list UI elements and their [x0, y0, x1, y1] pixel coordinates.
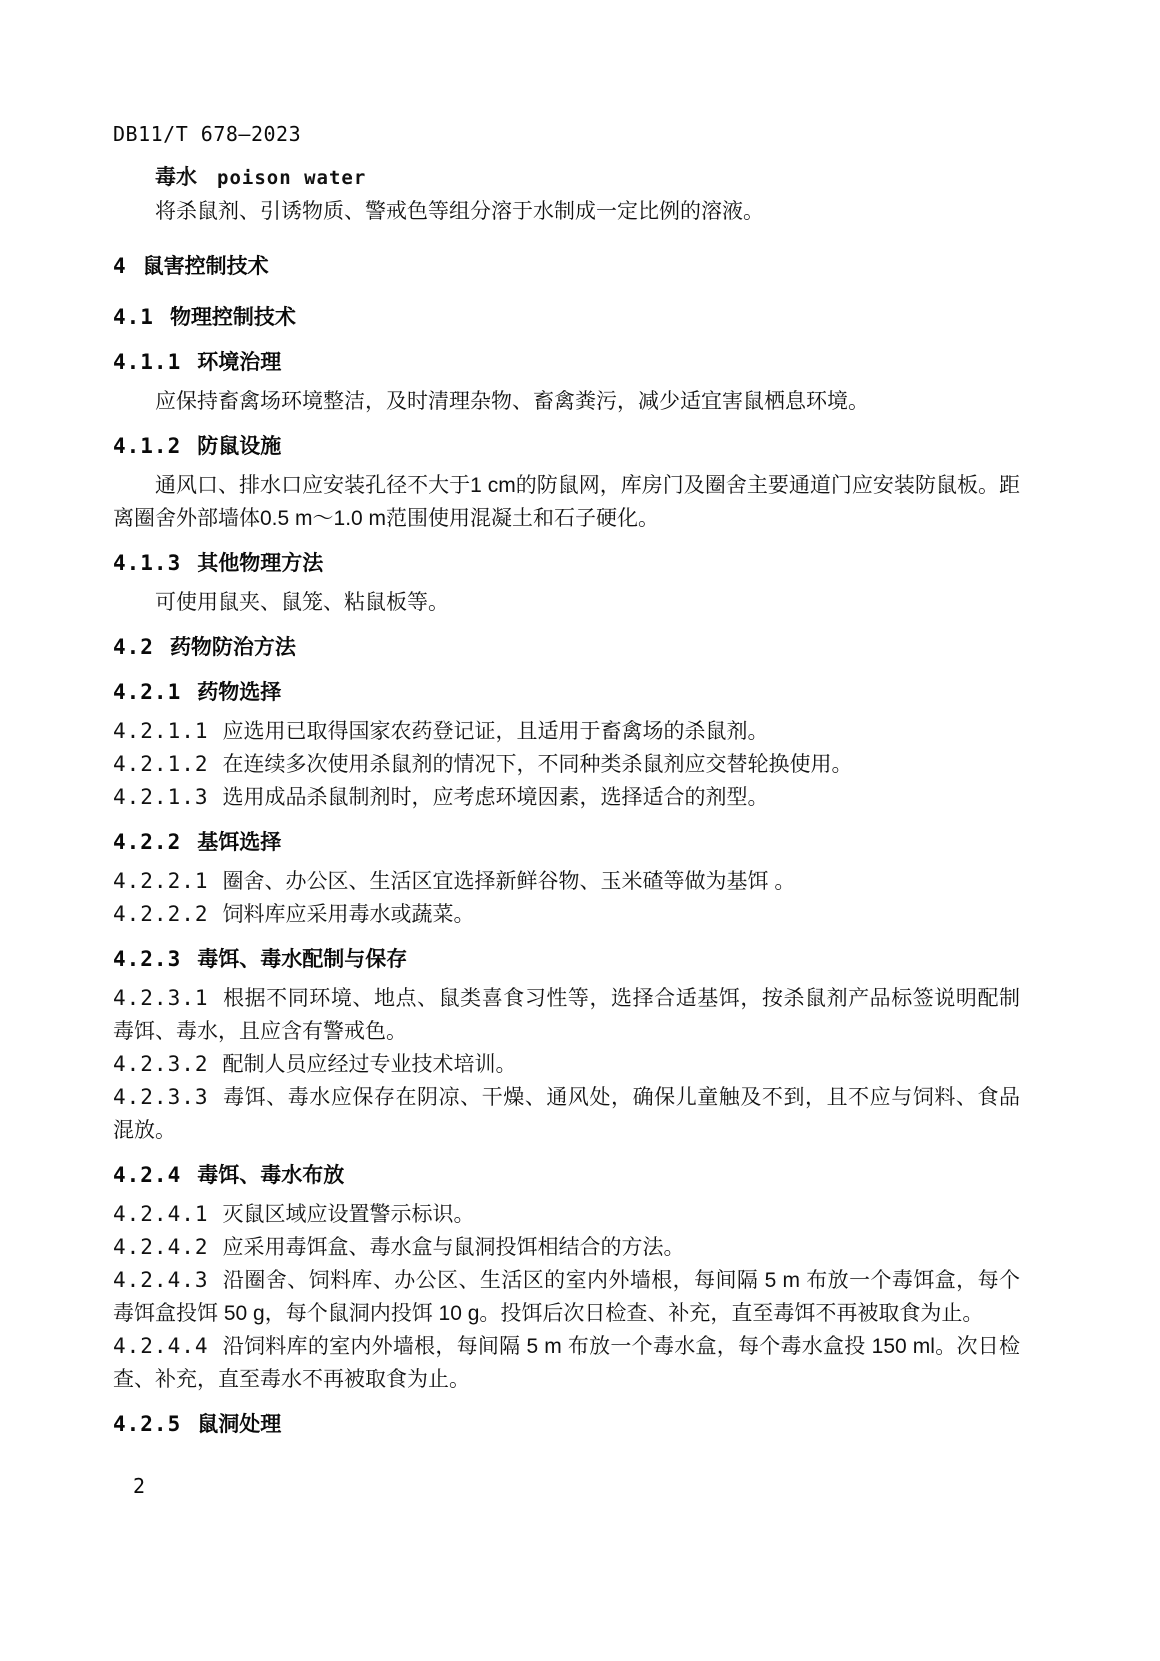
clause-4-2-3-3: 4.2.3.3毒饵、毒水应保存在阴凉、干燥、通风处，确保儿童触及不到，且不应与饲…	[113, 1081, 1020, 1147]
clause-text: 圈舍、办公区、生活区宜选择新鲜谷物、玉米碴等做为基饵 。	[223, 870, 796, 893]
subsection-number: 4.1.1	[113, 346, 181, 379]
subsection-number: 4.2.3	[113, 943, 181, 976]
standard-number-header: DB11/T 678—2023	[113, 118, 1020, 151]
chapter-heading-4: 4鼠害控制技术	[113, 250, 1020, 283]
clause-number: 4.2.4.3	[113, 1268, 209, 1292]
chapter-number: 4	[113, 250, 127, 283]
clause-4-2-1-3: 4.2.1.3选用成品杀鼠制剂时，应考虑环境因素，选择适合的剂型。	[113, 781, 1020, 814]
document-page: DB11/T 678—2023 毒水poison water 将杀鼠剂、引诱物质…	[0, 0, 1160, 1661]
clause-text: 灭鼠区域应设置警示标识。	[223, 1203, 475, 1226]
clause-number: 4.2.1.1	[113, 719, 209, 743]
clause-number: 4.2.4.1	[113, 1202, 209, 1226]
clause-4-2-1-2: 4.2.1.2在连续多次使用杀鼠剂的情况下，不同种类杀鼠剂应交替轮换使用。	[113, 748, 1020, 781]
term-definition: 将杀鼠剂、引诱物质、警戒色等组分溶于水制成一定比例的溶液。	[113, 195, 1020, 228]
clause-number: 4.2.1.2	[113, 752, 209, 776]
clause-number: 4.2.3.3	[113, 1085, 209, 1109]
subsection-heading-4-2-5: 4.2.5鼠洞处理	[113, 1408, 1020, 1441]
clause-text: 毒饵、毒水应保存在阴凉、干燥、通风处，确保儿童触及不到，且不应与饲料、食品混放。	[113, 1086, 1020, 1142]
section-number: 4.2	[113, 631, 154, 664]
clause-number: 4.2.2.1	[113, 869, 209, 893]
clause-text: 沿饲料库的室内外墙根，每间隔 5 m 布放一个毒水盒，每个毒水盒投 150 ml…	[113, 1335, 1020, 1391]
clause-number: 4.2.4.4	[113, 1334, 209, 1358]
subsection-number: 4.1.3	[113, 547, 181, 580]
clause-text: 应采用毒饵盒、毒水盒与鼠洞投饵相结合的方法。	[223, 1236, 685, 1259]
paragraph-4-1-3: 可使用鼠夹、鼠笼、粘鼠板等。	[113, 586, 1020, 619]
clause-text: 在连续多次使用杀鼠剂的情况下，不同种类杀鼠剂应交替轮换使用。	[223, 753, 853, 776]
clause-number: 4.2.3.2	[113, 1052, 209, 1076]
section-title: 物理控制技术	[170, 306, 296, 329]
clause-number: 4.2.4.2	[113, 1235, 209, 1259]
clause-number: 4.2.3.1	[113, 986, 209, 1010]
paragraph-4-1-1: 应保持畜禽场环境整洁，及时清理杂物、畜禽粪污，减少适宜害鼠栖息环境。	[113, 385, 1020, 418]
clause-4-2-2-1: 4.2.2.1圈舍、办公区、生活区宜选择新鲜谷物、玉米碴等做为基饵 。	[113, 865, 1020, 898]
subsection-title: 药物选择	[197, 681, 281, 704]
clause-text: 饲料库应采用毒水或蔬菜。	[223, 903, 475, 926]
subsection-heading-4-2-2: 4.2.2基饵选择	[113, 826, 1020, 859]
clause-text: 沿圈舍、饲料库、办公区、生活区的室内外墙根，每间隔 5 m 布放一个毒饵盒，每个…	[113, 1269, 1020, 1325]
page-number: 2	[133, 1470, 145, 1503]
subsection-number: 4.2.4	[113, 1159, 181, 1192]
term-name-en: poison water	[217, 167, 366, 189]
subsection-heading-4-1-2: 4.1.2防鼠设施	[113, 430, 1020, 463]
clause-4-2-4-4: 4.2.4.4沿饲料库的室内外墙根，每间隔 5 m 布放一个毒水盒，每个毒水盒投…	[113, 1330, 1020, 1396]
clause-4-2-2-2: 4.2.2.2饲料库应采用毒水或蔬菜。	[113, 898, 1020, 931]
clause-4-2-1-1: 4.2.1.1应选用已取得国家农药登记证，且适用于畜禽场的杀鼠剂。	[113, 715, 1020, 748]
section-number: 4.1	[113, 301, 154, 334]
clause-number: 4.2.1.3	[113, 785, 209, 809]
subsection-heading-4-2-4: 4.2.4毒饵、毒水布放	[113, 1159, 1020, 1192]
subsection-number: 4.2.2	[113, 826, 181, 859]
subsection-heading-4-1-3: 4.1.3其他物理方法	[113, 547, 1020, 580]
subsection-title: 其他物理方法	[197, 552, 323, 575]
clause-4-2-4-3: 4.2.4.3沿圈舍、饲料库、办公区、生活区的室内外墙根，每间隔 5 m 布放一…	[113, 1264, 1020, 1330]
section-heading-4-2: 4.2药物防治方法	[113, 631, 1020, 664]
subsection-title: 毒饵、毒水配制与保存	[197, 948, 407, 971]
clause-text: 选用成品杀鼠制剂时，应考虑环境因素，选择适合的剂型。	[223, 786, 769, 809]
clause-text: 应选用已取得国家农药登记证，且适用于畜禽场的杀鼠剂。	[223, 720, 769, 743]
clause-4-2-3-2: 4.2.3.2配制人员应经过专业技术培训。	[113, 1048, 1020, 1081]
subsection-title: 环境治理	[197, 351, 281, 374]
term-name-zh: 毒水	[155, 166, 197, 189]
paragraph-4-1-2: 通风口、排水口应安装孔径不大于1 cm的防鼠网，库房门及圈舍主要通道门应安装防鼠…	[113, 469, 1020, 535]
section-heading-4-1: 4.1物理控制技术	[113, 301, 1020, 334]
subsection-number: 4.1.2	[113, 430, 181, 463]
clause-text: 根据不同环境、地点、鼠类喜食习性等，选择合适基饵，按杀鼠剂产品标签说明配制毒饵、…	[113, 987, 1020, 1043]
clause-number: 4.2.2.2	[113, 902, 209, 926]
chapter-title: 鼠害控制技术	[143, 255, 269, 278]
subsection-title: 基饵选择	[197, 831, 281, 854]
section-title: 药物防治方法	[170, 636, 296, 659]
term-entry: 毒水poison water	[113, 161, 1020, 195]
clause-text: 配制人员应经过专业技术培训。	[223, 1053, 517, 1076]
clause-4-2-3-1: 4.2.3.1根据不同环境、地点、鼠类喜食习性等，选择合适基饵，按杀鼠剂产品标签…	[113, 982, 1020, 1048]
subsection-heading-4-2-3: 4.2.3毒饵、毒水配制与保存	[113, 943, 1020, 976]
subsection-heading-4-2-1: 4.2.1药物选择	[113, 676, 1020, 709]
subsection-title: 防鼠设施	[197, 435, 281, 458]
subsection-number: 4.2.5	[113, 1408, 181, 1441]
clause-4-2-4-1: 4.2.4.1灭鼠区域应设置警示标识。	[113, 1198, 1020, 1231]
subsection-title: 鼠洞处理	[197, 1413, 281, 1436]
subsection-title: 毒饵、毒水布放	[197, 1164, 344, 1187]
clause-4-2-4-2: 4.2.4.2应采用毒饵盒、毒水盒与鼠洞投饵相结合的方法。	[113, 1231, 1020, 1264]
subsection-number: 4.2.1	[113, 676, 181, 709]
subsection-heading-4-1-1: 4.1.1环境治理	[113, 346, 1020, 379]
